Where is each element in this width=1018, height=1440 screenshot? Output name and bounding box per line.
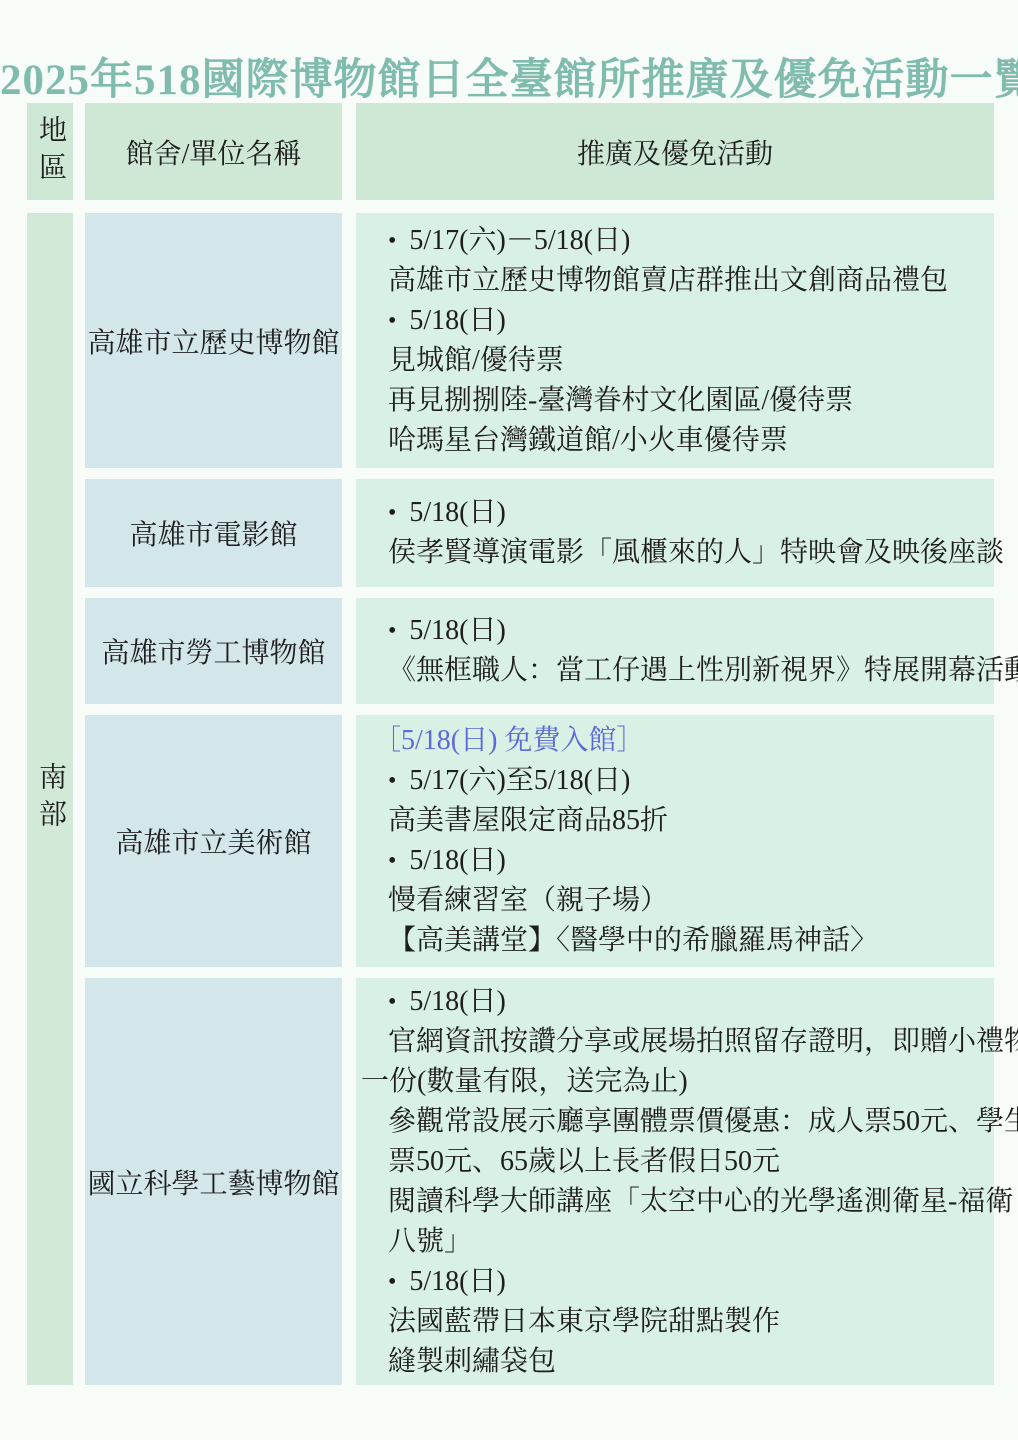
activity-line: 慢看練習室（親子場）: [361, 881, 990, 921]
activity-line: 5/17(六)至5/18(日): [361, 761, 990, 801]
column-header-museum-label: 館舍/單位名稱: [126, 132, 302, 172]
activity-line: 哈瑪星台灣鐵道館/小火車優待票: [361, 421, 990, 461]
museum-name: 國立科學工藝博物館: [87, 1162, 339, 1202]
museum-name-cell: 高雄市立歷史博物館: [85, 213, 342, 468]
activity-cell: 5/17(六)－5/18(日)高雄市立歷史博物館賣店群推出文創商品禮包5/18(…: [356, 213, 994, 468]
table-row: 國立科學工藝博物館5/18(日)官網資訊按讚分享或展場拍照留存證明，即贈小禮物一…: [85, 978, 994, 1385]
museum-name-cell: 高雄市勞工博物館: [85, 598, 342, 704]
activity-line: 《無框職人：當工仔遇上性別新視界》特展開幕活動: [361, 651, 990, 691]
activity-line: 一份(數量有限，送完為止): [361, 1062, 990, 1102]
activity-line: 5/18(日): [361, 301, 990, 341]
table-row: 高雄市電影館5/18(日)侯孝賢導演電影「風櫃來的人」特映會及映後座談: [85, 479, 994, 587]
activity-line: 官網資訊按讚分享或展場拍照留存證明，即贈小禮物: [361, 1022, 990, 1062]
activity-line: 高雄市立歷史博物館賣店群推出文創商品禮包: [361, 261, 990, 301]
activity-line: 5/18(日): [361, 982, 990, 1022]
activity-line: 再見捌捌陸-臺灣眷村文化園區/優待票: [361, 381, 990, 421]
table-body: 南部 高雄市立歷史博物館5/17(六)－5/18(日)高雄市立歷史博物館賣店群推…: [27, 213, 994, 1385]
column-header-activity: 推廣及優免活動: [356, 103, 994, 200]
activity-line: 參觀常設展示廳享團體票價優惠：成人票50元、學生: [361, 1102, 990, 1142]
activity-line: 侯孝賢導演電影「風櫃來的人」特映會及映後座談: [361, 533, 990, 573]
museum-name: 高雄市立美術館: [115, 821, 311, 861]
activity-line: 法國藍帶日本東京學院甜點製作: [361, 1302, 990, 1342]
table-row: 高雄市勞工博物館5/18(日)《無框職人：當工仔遇上性別新視界》特展開幕活動: [85, 598, 994, 704]
region-label: 南部: [36, 762, 64, 836]
activity-line: 5/18(日): [361, 1262, 990, 1302]
museum-name: 高雄市電影館: [129, 513, 297, 553]
activity-line: 縫製刺繡袋包: [361, 1342, 990, 1382]
museum-name-cell: 國立科學工藝博物館: [85, 978, 342, 1385]
activity-line: 5/18(日): [361, 841, 990, 881]
activity-line: 見城館/優待票: [361, 341, 990, 381]
activity-line: 【高美講堂】〈醫學中的希臘羅馬神話〉: [361, 921, 990, 961]
activity-cell: 5/18(日)《無框職人：當工仔遇上性別新視界》特展開幕活動: [356, 598, 994, 704]
museum-name-cell: 高雄市立美術館: [85, 715, 342, 967]
column-header-region: 地區: [27, 103, 73, 200]
column-header-museum: 館舍/單位名稱: [85, 103, 342, 200]
table-row: 高雄市立歷史博物館5/17(六)－5/18(日)高雄市立歷史博物館賣店群推出文創…: [85, 213, 994, 468]
activity-line: 5/18(日): [361, 493, 990, 533]
museum-name: 高雄市勞工博物館: [101, 631, 325, 671]
activity-cell: 5/18(日)侯孝賢導演電影「風櫃來的人」特映會及映後座談: [356, 479, 994, 587]
activity-line: 5/17(六)－5/18(日): [361, 221, 990, 261]
museum-name-cell: 高雄市電影館: [85, 479, 342, 587]
activity-cell: 5/18(日)官網資訊按讚分享或展場拍照留存證明，即贈小禮物一份(數量有限，送完…: [356, 978, 994, 1385]
column-header-region-label: 地區: [36, 115, 64, 189]
table-rows: 高雄市立歷史博物館5/17(六)－5/18(日)高雄市立歷史博物館賣店群推出文創…: [85, 213, 994, 1385]
column-header-activity-label: 推廣及優免活動: [577, 132, 773, 172]
activity-cell: ［5/18(日) 免費入館］5/17(六)至5/18(日)高美書屋限定商品85折…: [356, 715, 994, 967]
activity-line: 票50元、65歲以上長者假日50元: [361, 1142, 990, 1182]
activity-line: 5/18(日): [361, 611, 990, 651]
activity-line: 八號」: [361, 1222, 990, 1262]
museum-name: 高雄市立歷史博物館: [87, 321, 339, 361]
region-cell-south: 南部: [27, 213, 73, 1385]
poster-page: 2025年518國際博物館日全臺館所推廣及優免活動一覽 地區 館舍/單位名稱 推…: [0, 0, 1018, 1440]
activity-line: 高美書屋限定商品85折: [361, 801, 990, 841]
page-title: 2025年518國際博物館日全臺館所推廣及優免活動一覽: [0, 46, 1018, 107]
activity-line: 閱讀科學大師講座「太空中心的光學遙測衛星-福衛: [361, 1182, 990, 1222]
activity-line: ［5/18(日) 免費入館］: [361, 721, 990, 761]
table-header-row: 地區 館舍/單位名稱 推廣及優免活動: [27, 103, 994, 200]
table-row: 高雄市立美術館［5/18(日) 免費入館］5/17(六)至5/18(日)高美書屋…: [85, 715, 994, 967]
